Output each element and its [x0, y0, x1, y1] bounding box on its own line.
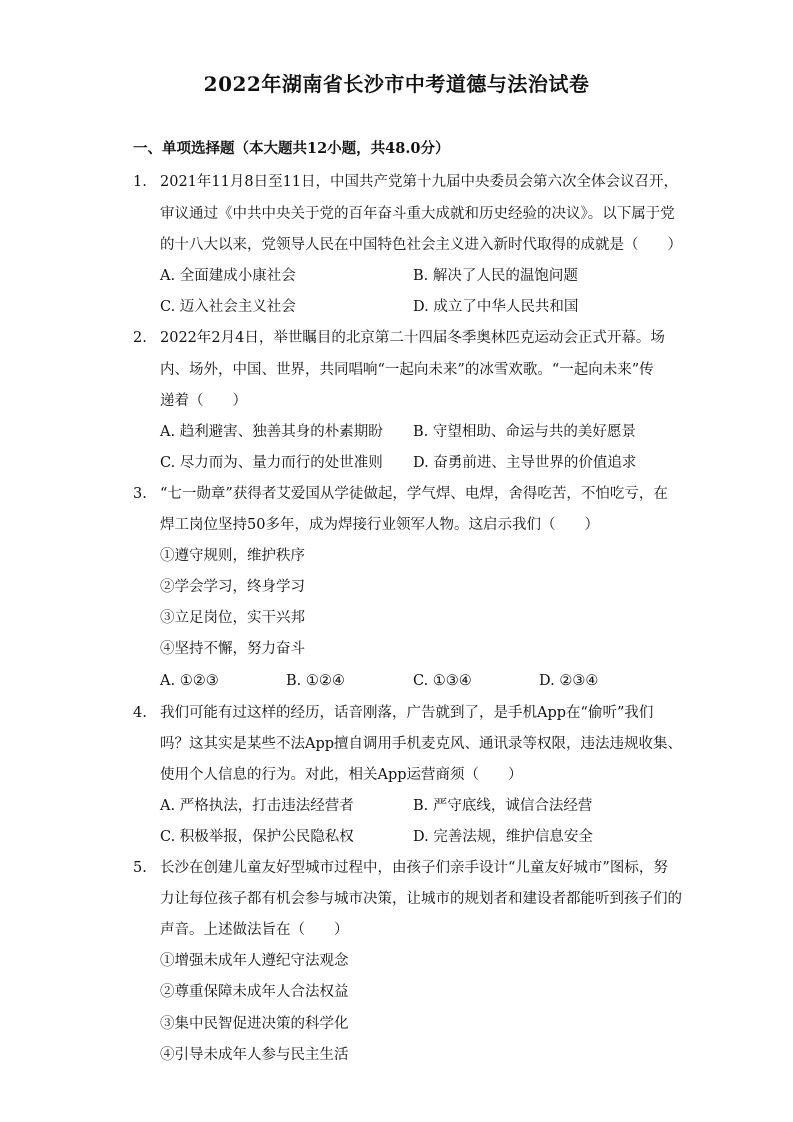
option-b: B. 守望相助、命运与共的美好愿景: [413, 422, 636, 442]
statement-item: ②尊重保障未成年人合法权益: [160, 982, 349, 1002]
question-stem-line: 力让每位孩子都有机会参与城市决策，让城市的规划者和建设者都能听到孩子们的: [160, 889, 682, 909]
statement-item: ③立足岗位，实干兴邦: [160, 608, 305, 628]
option-c: C. ①③④: [413, 671, 472, 691]
page-title: 2022年湖南省长沙市中考道德与法治试卷: [0, 68, 793, 97]
option-d: D. 成立了中华人民共和国: [413, 297, 578, 317]
question-stem-line: 长沙在创建儿童友好型城市过程中，由孩子们亲手设计“儿童友好城市”图标，努: [160, 858, 668, 878]
question-stem-line: 内、场外，中国、世界，共同唱响“一起向未来”的冰雪欢歌。“一起向未来”传: [160, 360, 654, 380]
option-b: B. 解决了人民的温饱问题: [413, 266, 578, 286]
statement-item: ②学会学习，终身学习: [160, 577, 305, 597]
option-b: B. 严守底线，诚信合法经营: [413, 796, 592, 816]
option-a: A. 全面建成小康社会: [160, 266, 296, 286]
option-a: A. 趋利避害、独善其身的朴素期盼: [160, 422, 383, 442]
question-stem-line: 焊工岗位坚持50多年，成为焊接行业领军人物。这启示我们（ ）: [160, 515, 599, 535]
question-stem-line: 2022年2月4日，举世瞩目的北京第二十四届冬季奥林匹克运动会正式开幕。场: [160, 328, 665, 348]
question-stem-line: 吗？这其实是某些不法App擅自调用手机麦克风、通讯录等权限，违法违规收集、: [160, 734, 682, 754]
option-c: C. 迈入社会主义社会: [160, 297, 296, 317]
option-c: C. 积极举报，保护公民隐私权: [160, 827, 354, 847]
statement-item: ①增强未成年人遵纪守法观念: [160, 951, 349, 971]
section-heading: 一、单项选择题（本大题共12小题，共48.0分）: [133, 137, 450, 158]
question-stem-line: “七一勋章”获得者艾爱国从学徒做起，学气焊、电焊，舍得吃苦，不怕吃亏，在: [160, 484, 668, 504]
option-c: C. 尽力而为、量力而行的处世准则: [160, 453, 383, 473]
option-d: D. 奋勇前进、主导世界的价值追求: [413, 453, 636, 473]
statement-item: ④引导未成年人参与民主生活: [160, 1045, 349, 1065]
question-number: 5.: [133, 858, 147, 878]
question-stem-line: 审议通过《中共中央关于党的百年奋斗重大成就和历史经验的决议》。以下属于党: [160, 204, 675, 224]
option-d: D. ②③④: [539, 671, 598, 691]
question-number: 3.: [133, 484, 147, 504]
question-stem-line: 我们可能有过这样的经历，话音刚落，广告就到了，是手机App在“偷听”我们: [160, 703, 653, 723]
question-stem-line: 的十八大以来，党领导人民在中国特色社会主义进入新时代取得的成就是（ ）: [160, 235, 682, 255]
question-number: 4.: [133, 703, 147, 723]
question-stem-line: 声音。上述做法旨在（ ）: [160, 920, 349, 940]
question-stem-line: 使用个人信息的行为。对此，相关App运营商须（ ）: [160, 765, 523, 785]
question-stem-line: 递着（ ）: [160, 391, 247, 411]
statement-item: ①遵守规则，维护秩序: [160, 546, 305, 566]
option-d: D. 完善法规，维护信息安全: [413, 827, 593, 847]
question-number: 1.: [133, 172, 147, 192]
statement-item: ④坚持不懈，努力奋斗: [160, 639, 305, 659]
option-a: A. ①②③: [160, 671, 219, 691]
option-b: B. ①②④: [286, 671, 345, 691]
question-stem-line: 2021年11月8日至11日，中国共产党第十九届中央委员会第六次全体会议召开，: [160, 172, 678, 192]
option-a: A. 严格执法，打击违法经营者: [160, 796, 354, 816]
question-number: 2.: [133, 328, 147, 348]
statement-item: ③集中民智促进决策的科学化: [160, 1014, 349, 1034]
